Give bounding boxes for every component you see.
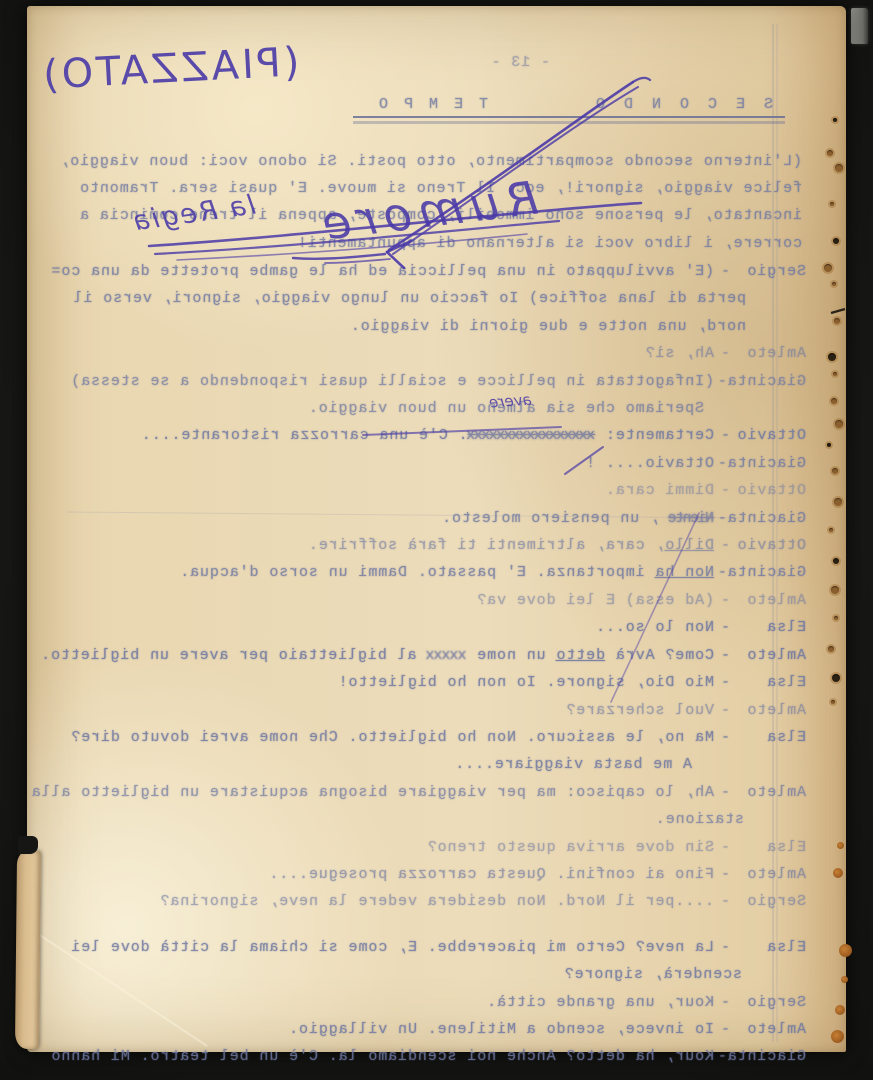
punch-hole	[824, 264, 832, 272]
speech-row: Amleto-Come? Avrà detto un nome xxxxx al…	[27, 642, 846, 669]
speech-row: Giacinta-Ottavio.... !	[27, 450, 846, 477]
speaker-dash: -	[720, 669, 730, 696]
speaker-dash: -	[720, 1016, 730, 1043]
speech-row: Amleto-Ah, lo capisco: ma per viaggiare …	[27, 779, 846, 834]
speech-text: Ma no, le assicuro. Non ho biglietto. Ch…	[27, 724, 714, 779]
speech-text: (Infagottata in pellicce e scialli quasi…	[27, 368, 714, 423]
speaker-dash: -	[720, 258, 730, 285]
speaker-name: Elsa-	[714, 614, 806, 641]
punch-hole	[835, 420, 843, 428]
punch-hole	[832, 282, 836, 286]
speech-text: Non ha importanza. E' passato. Dammi un …	[27, 559, 714, 586]
punch-hole	[829, 528, 833, 532]
speech-row: Amleto-Vuol scherzare?	[27, 697, 846, 724]
speech-row: Elsa-Sin dove arriva questo treno?	[27, 834, 846, 861]
punch-hole	[833, 558, 839, 564]
torn-edge-notch	[18, 836, 38, 854]
speaker-name: Ottavio-	[714, 532, 806, 559]
speech-text: Ah, sì?	[27, 340, 714, 367]
punch-hole	[830, 202, 834, 206]
speech-text: Io invece, scendo a Mitilene. Un villagg…	[27, 1016, 714, 1043]
speaker-dash: -	[720, 989, 730, 1016]
speech-row: Ottavio-Dillo, cara, altrimenti ti farà …	[27, 532, 846, 559]
speech-text: Dillo, cara, altrimenti ti farà soffrire…	[27, 532, 714, 559]
speaker-dash: -	[720, 724, 730, 751]
speech-row: Amleto-Ah, sì?	[27, 340, 846, 367]
speaker-name: Giacinta-	[714, 368, 806, 423]
speaker-dash: -	[720, 614, 730, 641]
speech-text: Come? Avrà detto un nome xxxxx al biglie…	[27, 642, 714, 669]
punch-hole	[832, 674, 840, 682]
rust-spot	[833, 868, 843, 878]
speaker-name: Amleto-	[714, 340, 806, 367]
speech-text: (Ad essa) E lei dove va?	[27, 587, 714, 614]
speech-row: Giacinta-Kour, ha detto? Anche noi scend…	[27, 1043, 846, 1070]
speech-row: Amleto-Io invece, scendo a Mitilene. Un …	[27, 1016, 846, 1043]
speech-text: Ah, lo capisco: ma per viaggiare bisogna…	[27, 779, 714, 834]
rust-spot	[837, 842, 844, 849]
speaker-dash: -	[720, 697, 730, 724]
speech-text: Vuol scherzare?	[27, 697, 714, 724]
script-page: - 13 - SECONDO TEMPO (L'interno secondo …	[27, 6, 846, 1052]
speech-row: Elsa-Non lo so...	[27, 614, 846, 641]
speech-text: Certamente: xxxxxxxxxxxxxxxxx. C'è una c…	[27, 422, 714, 449]
speech-text: Dimmi cara.	[27, 477, 714, 504]
speaker-dash: -	[720, 642, 730, 669]
speech-text: Non lo so...	[27, 614, 714, 641]
page-number: - 13 -	[430, 54, 550, 71]
speaker-dash: -	[720, 532, 730, 559]
speaker-name: Giacinta-	[714, 450, 806, 477]
punch-hole	[833, 238, 839, 244]
section-title: SECONDO TEMPO	[353, 96, 785, 121]
speaker-dash: -	[717, 368, 727, 395]
speaker-dash: -	[720, 422, 730, 449]
speech-row: Sergio-....per il Nord. Non desidera ved…	[27, 888, 846, 915]
speaker-dash: -	[720, 834, 730, 861]
torn-paper-tab	[15, 851, 41, 1049]
speech-row: Sergio-(E' avviluppato in una pelliccia …	[27, 258, 846, 340]
speaker-name: Amleto-	[714, 779, 806, 834]
speech-text: ....per il Nord. Non desidera vedere la …	[27, 888, 714, 915]
title-underline	[353, 116, 785, 121]
speech-text: Fino ai confini. Questa carrozza prosegu…	[27, 861, 714, 888]
speaker-name: Elsa-	[714, 834, 806, 861]
mirrored-typed-layer: - 13 - SECONDO TEMPO (L'interno secondo …	[27, 6, 846, 1052]
speech-row: Elsa-Mio Dio, signore. Io non ho bigliet…	[27, 669, 846, 696]
dialogue-block: Sergio-(E' avviluppato in una pelliccia …	[27, 258, 846, 1071]
speech-text: Niente , un pensiero molesto.	[27, 505, 714, 532]
speaker-name: Giacinta-	[714, 505, 806, 532]
scan-background: - 13 - SECONDO TEMPO (L'interno secondo …	[0, 0, 873, 1080]
speaker-name: Amleto-	[714, 642, 806, 669]
speech-text: Sin dove arriva questo treno?	[27, 834, 714, 861]
speaker-name: Elsa-	[714, 934, 806, 989]
speaker-name: Sergio-	[714, 258, 806, 340]
speaker-name: Amleto-	[714, 587, 806, 614]
speaker-name: Amleto-	[714, 1016, 806, 1043]
title-word-secondo: SECONDO	[577, 96, 773, 113]
speaker-dash: -	[720, 779, 730, 806]
speaker-dash: -	[720, 340, 730, 367]
speaker-dash: -	[717, 450, 727, 477]
speaker-dash: -	[720, 587, 730, 614]
rust-spot	[841, 976, 848, 983]
punch-hole	[833, 118, 837, 122]
punch-hole	[827, 443, 831, 447]
punch-hole	[834, 318, 840, 324]
speech-text: Ottavio.... !	[27, 450, 714, 477]
speaker-dash: -	[720, 477, 730, 504]
speech-row: Ottavio-Dimmi cara.	[27, 477, 846, 504]
speaker-name: Sergio-	[714, 888, 806, 915]
speech-row: Giacinta-Non ha importanza. E' passato. …	[27, 559, 846, 586]
speaker-name: Amleto-	[714, 861, 806, 888]
speech-text: Kour, una grande città.	[27, 989, 714, 1016]
title-word-tempo: TEMPO	[363, 96, 488, 113]
speech-row: Giacinta-Niente , un pensiero molesto.	[27, 505, 846, 532]
punch-hole	[833, 372, 837, 376]
punch-hole	[834, 616, 838, 620]
speaker-dash: -	[717, 505, 727, 532]
speech-text: La neve? Certo mi piacerebbe. E, come si…	[27, 934, 714, 989]
speaker-dash: -	[720, 934, 730, 961]
handwritten-correction: avere	[488, 391, 532, 412]
speaker-name: Elsa-	[714, 669, 806, 696]
punch-hole	[831, 398, 837, 404]
speaker-name: Amleto-	[714, 697, 806, 724]
punch-hole	[828, 646, 834, 652]
punch-hole	[828, 353, 836, 361]
speaker-dash: -	[717, 1043, 727, 1070]
speaker-dash: -	[717, 559, 727, 586]
backing-sheet-sliver	[851, 8, 868, 44]
speech-row: Elsa-La neve? Certo mi piacerebbe. E, co…	[27, 934, 846, 989]
speech-row: Ottavio-Certamente: xxxxxxxxxxxxxxxxx. C…	[27, 422, 846, 449]
speech-text: Mio Dio, signore. Io non ho biglietto!	[27, 669, 714, 696]
speaker-name: Sergio-	[714, 989, 806, 1016]
speech-row: Amleto-(Ad essa) E lei dove va?	[27, 587, 846, 614]
rust-spot	[839, 944, 852, 957]
punch-hole	[835, 164, 843, 172]
punch-hole	[834, 498, 842, 506]
speaker-name: Giacinta-	[714, 1043, 806, 1070]
speaker-dash: -	[720, 861, 730, 888]
rust-spot	[831, 1030, 844, 1043]
speech-text: Kour, ha detto? Anche noi scendiamo la. …	[27, 1043, 714, 1070]
speech-row: Giacinta-(Infagottata in pellicce e scia…	[27, 368, 846, 423]
punch-hole	[827, 150, 833, 156]
punch-hole	[832, 468, 838, 474]
speech-row: Elsa-Ma no, le assicuro. Non ho bigliett…	[27, 724, 846, 779]
speaker-dash: -	[720, 888, 730, 915]
speaker-name: Ottavio-	[714, 422, 806, 449]
punch-hole	[831, 700, 835, 704]
speaker-name: Elsa-	[714, 724, 806, 779]
speech-row: Amleto-Fino ai confini. Questa carrozza …	[27, 861, 846, 888]
punch-hole	[831, 586, 839, 594]
speech-text: (E' avviluppato in una pelliccia ed ha l…	[27, 258, 714, 340]
speaker-name: Giacinta-	[714, 559, 806, 586]
speaker-name: Ottavio-	[714, 477, 806, 504]
speech-row: Sergio-Kour, una grande città.	[27, 989, 846, 1016]
rust-spot	[835, 1005, 845, 1015]
